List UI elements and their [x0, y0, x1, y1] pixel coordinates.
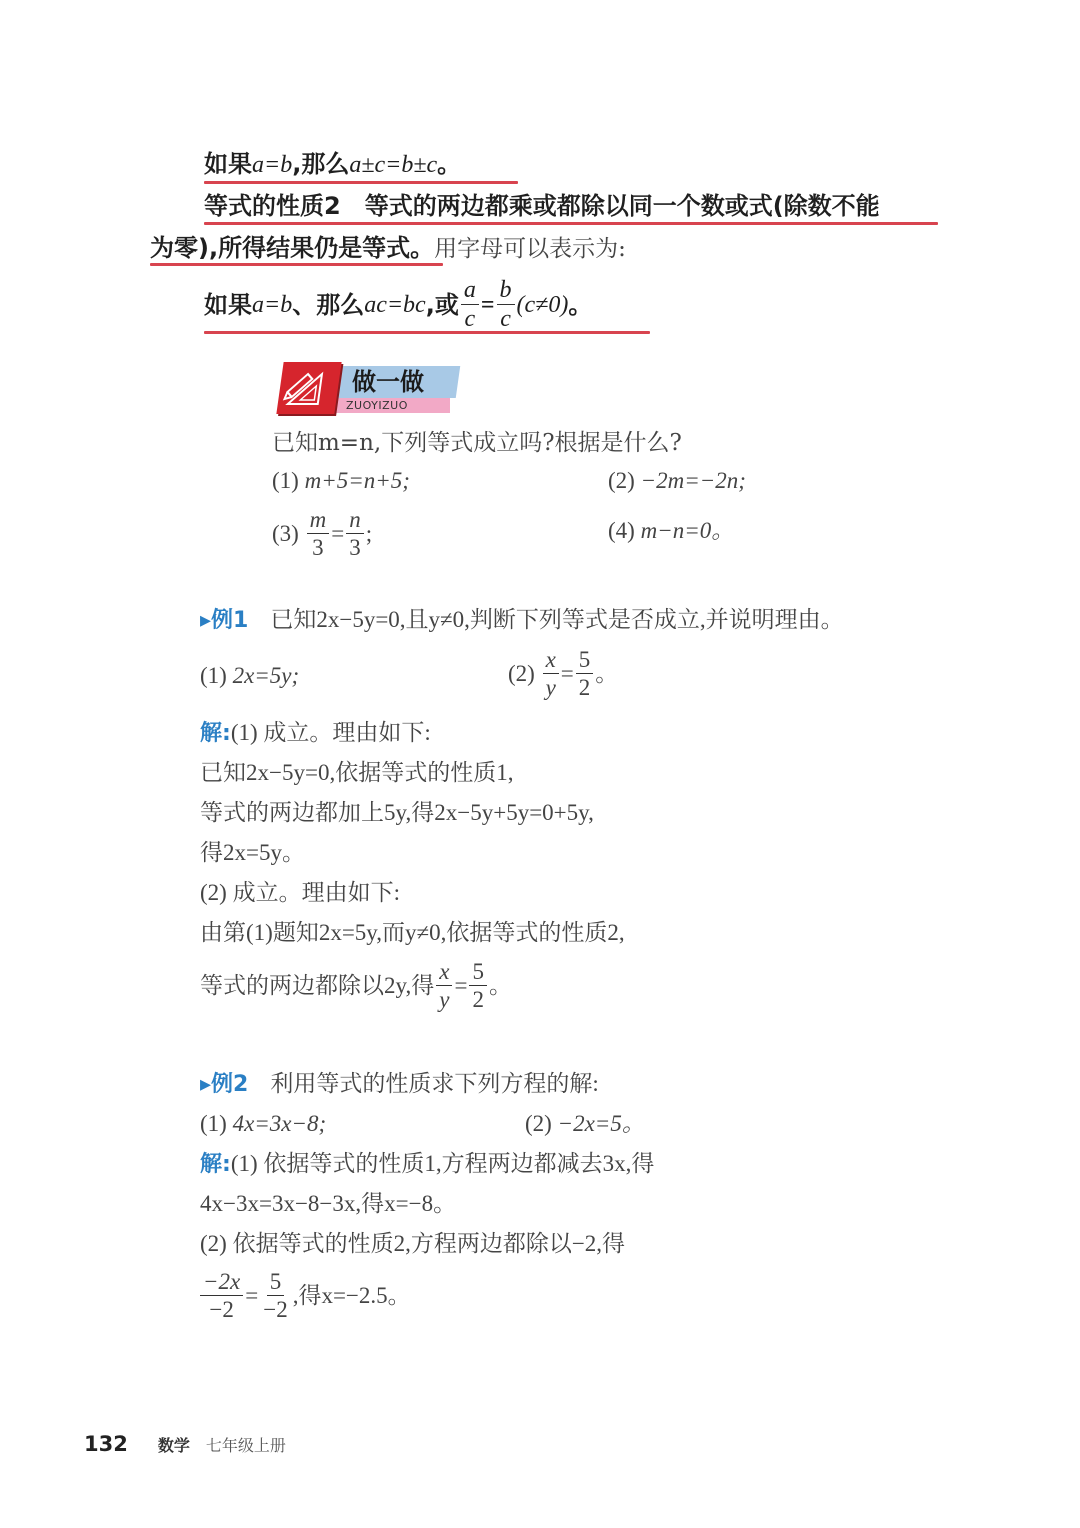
- numerator: b: [497, 278, 515, 305]
- followup-text: 用字母可以表示为:: [434, 236, 626, 262]
- fraction: 5−2: [260, 1270, 290, 1321]
- formula-text: 如果: [204, 289, 252, 321]
- formula-result: a±c=b±c: [349, 152, 437, 178]
- property2-text: 等式的两边都乘或都除以同一个数或式(除数不能: [365, 192, 880, 220]
- grade-label: 七年级上册: [206, 1433, 286, 1456]
- denominator: −2: [206, 1296, 236, 1321]
- formula-condition: a=b: [252, 152, 292, 178]
- denominator: 3: [346, 534, 364, 559]
- equals: =: [331, 519, 344, 549]
- formula-text: 。: [437, 150, 461, 178]
- item-label: (1): [200, 1111, 227, 1136]
- numerator: 5: [267, 1270, 285, 1296]
- item-label: (4): [608, 518, 635, 543]
- example1-header: ▸例1已知2x−5y=0,且y≠0,判断下列等式是否成立,并说明理由。: [200, 605, 844, 636]
- activity-title: 做一做: [352, 366, 424, 398]
- item-label: (2): [608, 468, 635, 493]
- formula-text: 如果: [204, 150, 252, 178]
- numerator: −2x: [200, 1270, 243, 1296]
- item-label: (1): [272, 468, 299, 493]
- item-label: (2): [508, 659, 535, 689]
- activity-question: 已知m=n,下列等式成立吗?根据是什么?: [272, 428, 682, 458]
- example2-statement: 利用等式的性质求下列方程的解:: [270, 1071, 598, 1096]
- equals: =: [245, 1281, 258, 1311]
- solution-line: 得2x=5y。: [200, 838, 305, 868]
- activity-item-3: (3) m3 = n3 ;: [272, 508, 372, 559]
- property2-line1: 等式的性质2等式的两边都乘或都除以同一个数或式(除数不能: [204, 190, 880, 222]
- example2-item-1: (1) 4x=3x−8;: [200, 1109, 326, 1139]
- equals: =: [481, 289, 495, 321]
- formula-text: ,或: [426, 289, 459, 321]
- item-end: 。: [489, 971, 512, 1001]
- activity-banner: 做一做 ZUOYIZUO: [270, 360, 460, 416]
- numerator: x: [543, 648, 559, 674]
- denominator: 2: [469, 986, 487, 1011]
- solution-line: (2) 依据等式的性质2,方程两边都除以−2,得: [200, 1229, 625, 1259]
- item-end: 。: [595, 659, 618, 689]
- example1-solution-1: 解:(1) 成立。理由如下:: [200, 718, 431, 749]
- fraction: ac: [461, 278, 479, 331]
- numerator: n: [346, 508, 364, 534]
- item-label: (1): [200, 663, 227, 688]
- item-expr: −2m=−2n;: [641, 468, 746, 493]
- item-expr: m+5=n+5;: [305, 468, 410, 493]
- example2-item-2: (2) −2x=5。: [525, 1109, 645, 1139]
- fraction: xy: [543, 648, 559, 699]
- fraction: 52: [469, 960, 487, 1011]
- underline: [204, 181, 518, 184]
- example2-solution-1: 解:(1) 依据等式的性质1,方程两边都减去3x,得: [200, 1149, 654, 1180]
- example1-solution-last: 等式的两边都除以2y,得 xy = 52 。: [200, 960, 512, 1011]
- numerator: a: [461, 278, 479, 305]
- formula-text: ,那么: [292, 150, 349, 178]
- solution-line: 等式的两边都加上5y,得2x−5y+5y=0+5y,: [200, 798, 594, 828]
- fraction: xy: [436, 960, 452, 1011]
- formula-condition: (c≠0): [517, 289, 569, 321]
- denominator: y: [543, 674, 559, 699]
- numerator: m: [307, 508, 330, 534]
- denominator: y: [436, 986, 452, 1011]
- formula-text: 。: [568, 289, 592, 321]
- numerator: 5: [469, 960, 487, 986]
- property2-line2: 为零),所得结果仍是等式。用字母可以表示为:: [150, 232, 626, 264]
- item-expr: m−n=0。: [641, 518, 735, 543]
- denominator: c: [497, 305, 514, 331]
- activity-subtitle: ZUOYIZUO: [346, 398, 408, 413]
- property2-formula: 如果 a=b 、 那么 ac=bc ,或 ac = bc (c≠0) 。: [204, 278, 592, 331]
- solution-line: (2) 成立。理由如下:: [200, 878, 400, 908]
- denominator: 3: [309, 534, 327, 559]
- solution-line: 由第(1)题知2x=5y,而y≠0,依据等式的性质2,: [200, 918, 625, 948]
- example2-header: ▸例2利用等式的性质求下列方程的解:: [200, 1069, 599, 1100]
- fraction: −2x−2: [200, 1270, 243, 1321]
- subject-label: 数学: [158, 1433, 190, 1456]
- example2-tag: ▸例2: [200, 1072, 248, 1097]
- property2-title: 等式的性质2: [204, 192, 341, 220]
- formula-text: 那么: [316, 289, 364, 321]
- fraction: bc: [497, 278, 515, 331]
- underline: [150, 263, 443, 266]
- item-expr: −2x=5。: [558, 1111, 645, 1136]
- formula-text: 、: [292, 289, 316, 321]
- solution-tag: 解:: [200, 721, 231, 746]
- numerator: 5: [576, 648, 594, 674]
- solution-tag: 解:: [200, 1152, 231, 1177]
- formula-condition: a=b: [252, 289, 292, 321]
- fraction: m3: [307, 508, 330, 559]
- activity-item-2: (2) −2m=−2n;: [608, 466, 746, 496]
- underline: [204, 222, 938, 225]
- solution-line: 等式的两边都除以2y,得: [200, 971, 434, 1001]
- page-number: 132: [84, 1432, 128, 1456]
- item-label: (3): [272, 519, 299, 549]
- numerator: x: [436, 960, 452, 986]
- example1-statement: 已知2x−5y=0,且y≠0,判断下列等式是否成立,并说明理由。: [270, 607, 843, 632]
- equals: =: [454, 971, 467, 1001]
- fraction: 52: [576, 648, 594, 699]
- item-expr: 2x=5y;: [233, 663, 300, 688]
- example2-solution-last: −2x−2 = 5−2 ,得x=−2.5。: [198, 1270, 411, 1321]
- denominator: −2: [260, 1296, 290, 1321]
- page-footer: 132 数学 七年级上册: [84, 1432, 286, 1456]
- solution-line: 4x−3x=3x−8−3x,得x=−8。: [200, 1189, 456, 1219]
- example1-item-2: (2) xy = 52 。: [508, 648, 618, 699]
- activity-item-1: (1) m+5=n+5;: [272, 466, 410, 496]
- example1-item-1: (1) 2x=5y;: [200, 661, 299, 691]
- solution-line: (1) 成立。理由如下:: [231, 720, 431, 745]
- property2-text: 为零),所得结果仍是等式。: [150, 234, 434, 262]
- example1-tag: ▸例1: [200, 608, 248, 633]
- activity-item-4: (4) m−n=0。: [608, 516, 734, 546]
- item-expr: 4x=3x−8;: [233, 1111, 327, 1136]
- denominator: 2: [576, 674, 594, 699]
- denominator: c: [462, 305, 479, 331]
- underline: [204, 331, 650, 334]
- solution-line: (1) 依据等式的性质1,方程两边都减去3x,得: [231, 1151, 655, 1176]
- item-end: ;: [366, 519, 372, 549]
- solution-line: 已知2x−5y=0,依据等式的性质1,: [200, 758, 513, 788]
- item-label: (2): [525, 1111, 552, 1136]
- ruler-pencil-icon: [276, 362, 341, 414]
- equals: =: [561, 659, 574, 689]
- property1-formula: 如果a=b,那么a±c=b±c。: [204, 148, 461, 181]
- formula-result: ac=bc: [364, 289, 426, 321]
- solution-line: ,得x=−2.5。: [293, 1281, 411, 1311]
- fraction: n3: [346, 508, 364, 559]
